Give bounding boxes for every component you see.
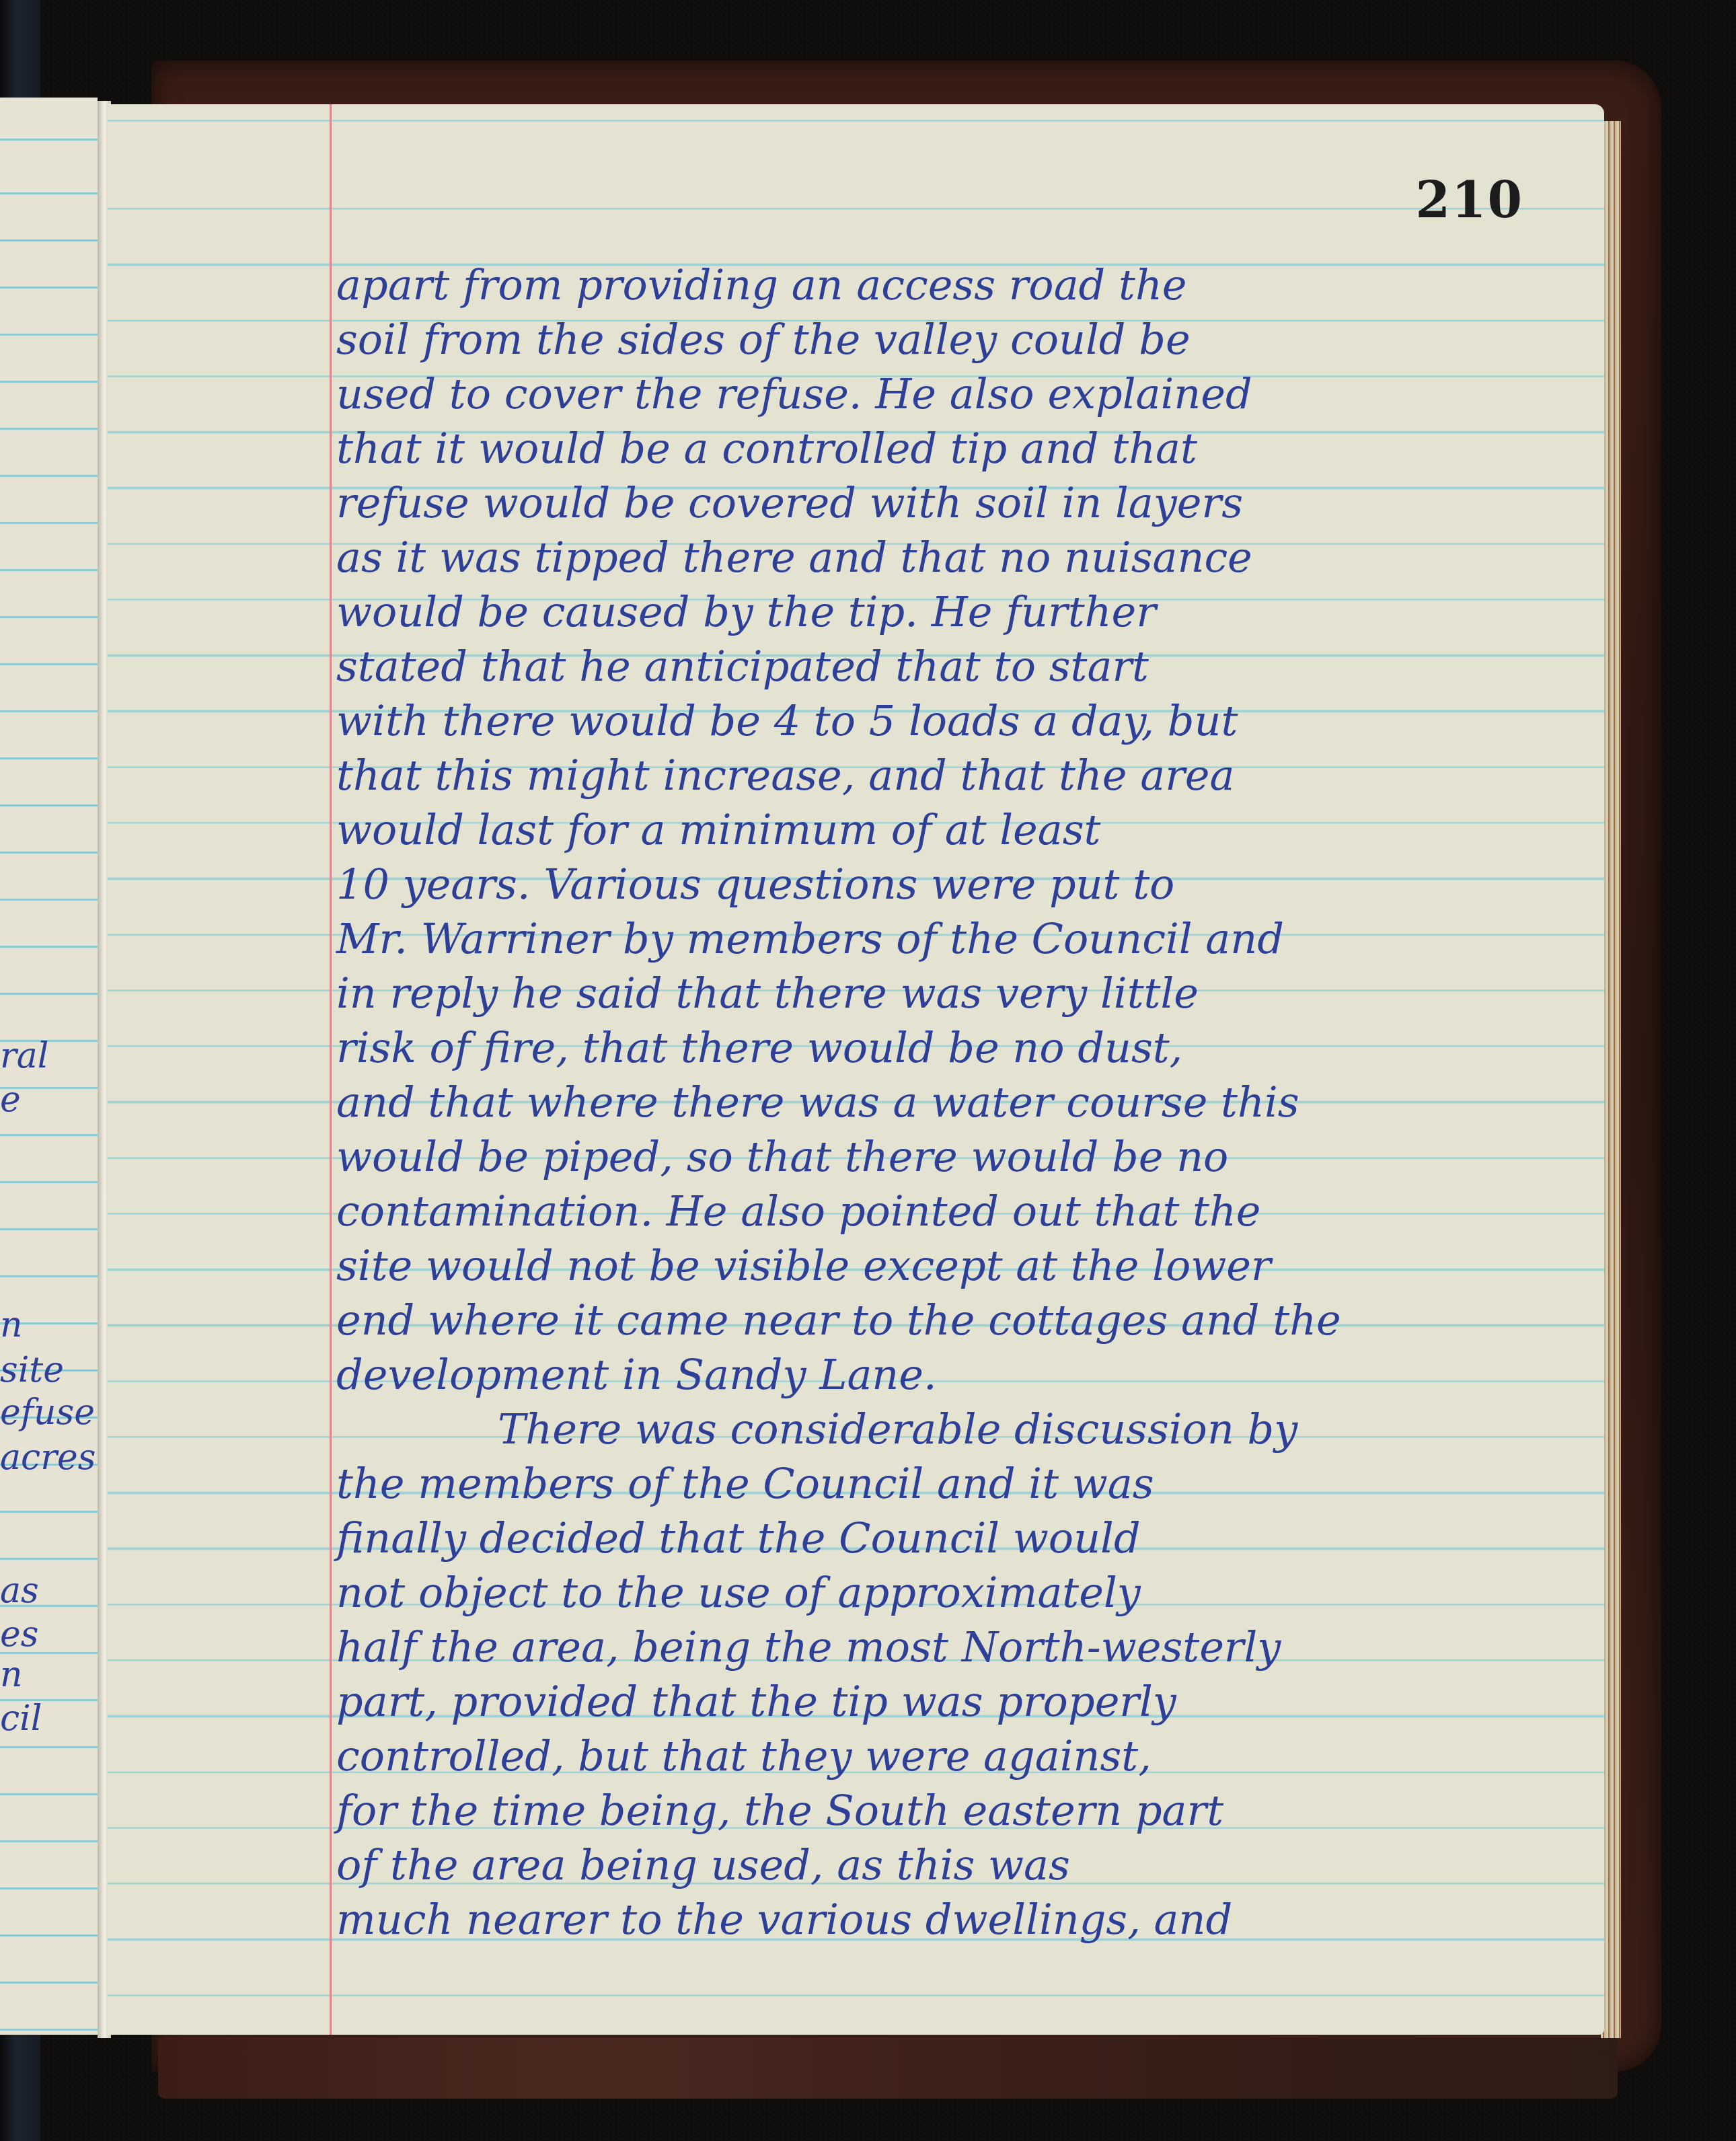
left-fragment: e	[0, 1080, 21, 1120]
text-line: as it was tipped there and that no nuisa…	[336, 530, 1594, 585]
left-fragment: ral	[0, 1036, 49, 1076]
text-line: Mr. Warriner by members of the Council a…	[336, 911, 1594, 966]
left-fragment: site	[0, 1350, 64, 1390]
left-page: ral e n site efuse acres. as es n cil	[0, 98, 98, 2035]
text-line: would be piped, so that there would be n…	[336, 1129, 1594, 1184]
text-line: part, provided that the tip was properly	[336, 1674, 1594, 1729]
left-fragment: es	[0, 1614, 38, 1655]
text-line: stated that he anticipated that to start	[336, 639, 1594, 693]
text-line: in reply he said that there was very lit…	[336, 966, 1594, 1020]
text-line: development in Sandy Lane.	[336, 1347, 1594, 1402]
text-line: with there would be 4 to 5 loads a day, …	[336, 693, 1594, 748]
text-line: 10 years. Various questions were put to	[336, 857, 1594, 911]
text-line: not object to the use of approximately	[336, 1565, 1594, 1620]
handwritten-minutes-text: apart from providing an access road the …	[336, 258, 1594, 1947]
book-cover-bottom-edge	[158, 2038, 1618, 2099]
left-fragment: n	[0, 1655, 23, 1695]
text-line: much nearer to the various dwellings, an…	[336, 1892, 1594, 1947]
text-line: that it would be a controlled tip and th…	[336, 421, 1594, 476]
text-line: risk of fire, that there would be no dus…	[336, 1020, 1594, 1075]
text-line: contamination. He also pointed out that …	[336, 1184, 1594, 1238]
text-line: site would not be visible except at the …	[336, 1238, 1594, 1293]
right-page: 210 apart from providing an access road …	[108, 104, 1604, 2035]
text-line: of the area being used, as this was	[336, 1838, 1594, 1892]
text-line: that this might increase, and that the a…	[336, 748, 1594, 802]
text-line: the members of the Council and it was	[336, 1456, 1594, 1511]
text-line: soil from the sides of the valley could …	[336, 312, 1594, 367]
text-line: finally decided that the Council would	[336, 1511, 1594, 1565]
page-number: 210	[1416, 172, 1523, 229]
left-fragment: as	[0, 1571, 39, 1611]
left-fragment: n	[0, 1305, 23, 1345]
left-fragment: acres.	[0, 1437, 98, 1478]
text-line: refuse would be covered with soil in lay…	[336, 476, 1594, 530]
text-line: controlled, but that they were against,	[336, 1729, 1594, 1783]
text-line: half the area, being the most North-west…	[336, 1620, 1594, 1674]
text-line: used to cover the refuse. He also explai…	[336, 367, 1594, 421]
red-margin-line	[330, 104, 332, 2035]
text-line-paragraph-start: There was considerable discussion by	[336, 1402, 1594, 1456]
text-line: would last for a minimum of at least	[336, 802, 1594, 857]
left-page-text-fragments: ral e n site efuse acres. as es n cil	[0, 98, 98, 2035]
text-line: would be caused by the tip. He further	[336, 585, 1594, 639]
text-line: for the time being, the South eastern pa…	[336, 1783, 1594, 1838]
left-fragment: efuse	[0, 1392, 95, 1433]
text-line: end where it came near to the cottages a…	[336, 1293, 1594, 1347]
text-line: and that where there was a water course …	[336, 1075, 1594, 1129]
text-line: apart from providing an access road the	[336, 258, 1594, 312]
left-fragment: cil	[0, 1698, 42, 1739]
